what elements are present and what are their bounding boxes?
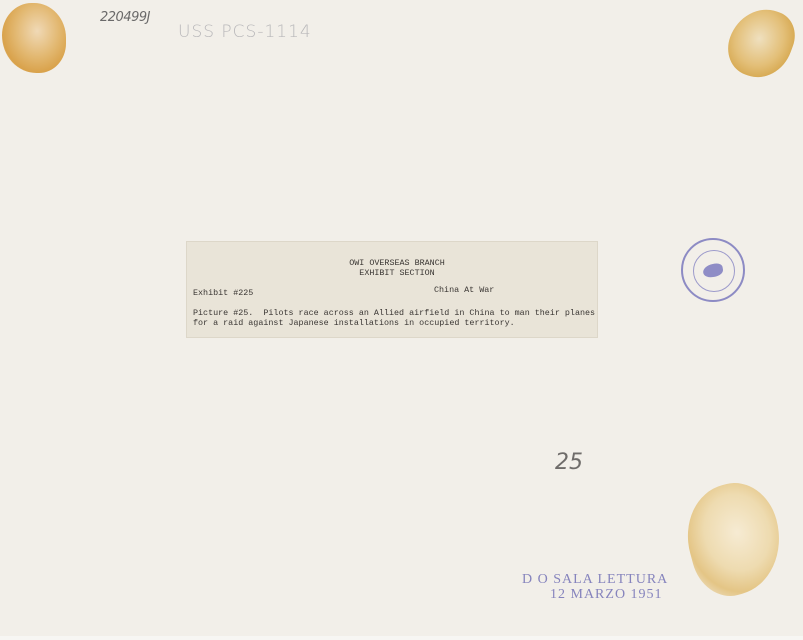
reading-room-date-stamp: D O SALA LETTURA 12 MARZO 1951 [522,573,668,602]
stamp-reading-room-text: D O SALA LETTURA [522,573,668,587]
caption-description-line-1: Picture #25. Pilots race across an Allie… [193,308,593,318]
handwritten-ship-reference: USS PCS-1114 [178,22,312,42]
caption-header-section: EXHIBIT SECTION [197,268,597,278]
caption-exhibit-number: Exhibit #225 [193,288,253,298]
handwritten-picture-number: 25 [555,450,583,475]
caption-description-line-2: for a raid against Japanese installation… [193,318,593,328]
scan-edge [0,636,803,640]
caption-description: Picture #25. Pilots race across an Allie… [193,308,593,328]
round-archive-stamp [681,238,745,302]
caption-label: OWI OVERSEAS BRANCH EXHIBIT SECTION Exhi… [187,242,597,337]
handwritten-catalog-number: 220499J [100,10,150,25]
caption-series-title: China At War [434,285,494,295]
stamp-date-text: 12 MARZO 1951 [550,588,668,602]
caption-header-branch: OWI OVERSEAS BRANCH [197,258,597,268]
caption-header: OWI OVERSEAS BRANCH EXHIBIT SECTION [187,258,597,278]
